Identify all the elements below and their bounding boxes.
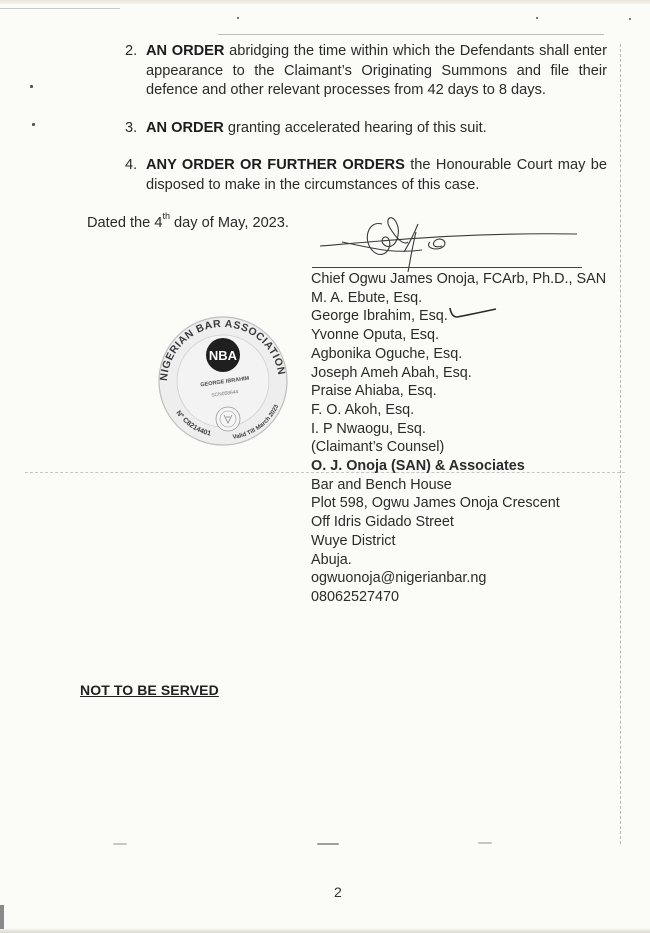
order-number: 3. bbox=[125, 119, 137, 139]
stamp-logo-text: NBA bbox=[209, 348, 238, 363]
right-margin-dashed-line bbox=[620, 44, 621, 844]
order-item: 3. AN ORDER granting accelerated hearing… bbox=[125, 119, 607, 139]
orders-list: 2. AN ORDER abridging the time within wh… bbox=[125, 42, 607, 213]
order-number: 4. bbox=[125, 156, 137, 176]
dated-line: Dated the 4th day of May, 2023. bbox=[87, 213, 289, 231]
scan-speck bbox=[237, 17, 239, 19]
scan-top-rule bbox=[0, 8, 120, 9]
scan-smudge bbox=[317, 843, 339, 845]
scan-speck bbox=[30, 85, 33, 88]
firm-name: O. J. Onoja (SAN) & Associates bbox=[311, 457, 606, 476]
page-number: 2 bbox=[334, 884, 342, 900]
counsel-name: M. A. Ebute, Esq. bbox=[311, 289, 606, 308]
dated-suffix: day of May, 2023. bbox=[174, 215, 289, 231]
address-line: Bar and Bench House bbox=[311, 476, 606, 495]
counsel-name: Praise Ahiaba, Esq. bbox=[311, 382, 606, 401]
counsel-block: Chief Ogwu James Onoja, FCArb, Ph.D., SA… bbox=[311, 270, 606, 607]
document-page: 2. AN ORDER abridging the time within wh… bbox=[0, 0, 650, 933]
scan-smudge bbox=[478, 842, 492, 844]
dated-prefix: Dated the 4 bbox=[87, 215, 162, 231]
checkmark-icon bbox=[448, 306, 498, 320]
order-item: 2. AN ORDER abridging the time within wh… bbox=[125, 42, 607, 101]
counsel-name: Yvonne Oputa, Esq. bbox=[311, 326, 606, 345]
order-heading: ANY ORDER OR FURTHER ORDERS bbox=[146, 157, 405, 173]
counsel-name: I. P Nwaogu, Esq. bbox=[311, 420, 606, 439]
counsel-name: Agbonika Oguche, Esq. bbox=[311, 345, 606, 364]
order-text: granting accelerated hearing of this sui… bbox=[228, 120, 487, 136]
dated-superscript: th bbox=[162, 211, 170, 221]
scan-speck bbox=[536, 17, 538, 19]
header-rule bbox=[218, 34, 604, 35]
order-item: 4. ANY ORDER OR FURTHER ORDERS the Honou… bbox=[125, 156, 607, 195]
scan-top-edge bbox=[0, 0, 650, 4]
address-line: Abuja. bbox=[311, 551, 606, 570]
counsel-role: (Claimant’s Counsel) bbox=[311, 438, 606, 457]
address-line: Off Idris Gidado Street bbox=[311, 513, 606, 532]
scan-speck bbox=[629, 18, 631, 20]
counsel-name: Chief Ogwu James Onoja, FCArb, Ph.D., SA… bbox=[311, 270, 606, 289]
counsel-name: Joseph Ameh Abah, Esq. bbox=[311, 364, 606, 383]
not-to-be-served-note: NOT TO BE SERVED bbox=[80, 682, 219, 698]
email: ogwuonoja@nigerianbar.ng bbox=[311, 569, 606, 588]
order-number: 2. bbox=[125, 42, 137, 62]
counsel-name: F. O. Akoh, Esq. bbox=[311, 401, 606, 420]
signature-icon bbox=[312, 212, 582, 274]
scan-smudge bbox=[113, 843, 127, 845]
order-heading: AN ORDER bbox=[146, 43, 224, 59]
address-line: Wuye District bbox=[311, 532, 606, 551]
address-line: Plot 598, Ogwu James Onoja Crescent bbox=[311, 494, 606, 513]
scan-speck bbox=[32, 123, 35, 126]
phone: 08062527470 bbox=[311, 588, 606, 607]
order-heading: AN ORDER bbox=[146, 120, 224, 136]
nba-seal-icon: NIGERIAN BAR ASSOCIATION N° C8214401 Val… bbox=[137, 305, 309, 453]
signature-line bbox=[312, 267, 582, 268]
scan-bottom-edge bbox=[0, 929, 650, 933]
